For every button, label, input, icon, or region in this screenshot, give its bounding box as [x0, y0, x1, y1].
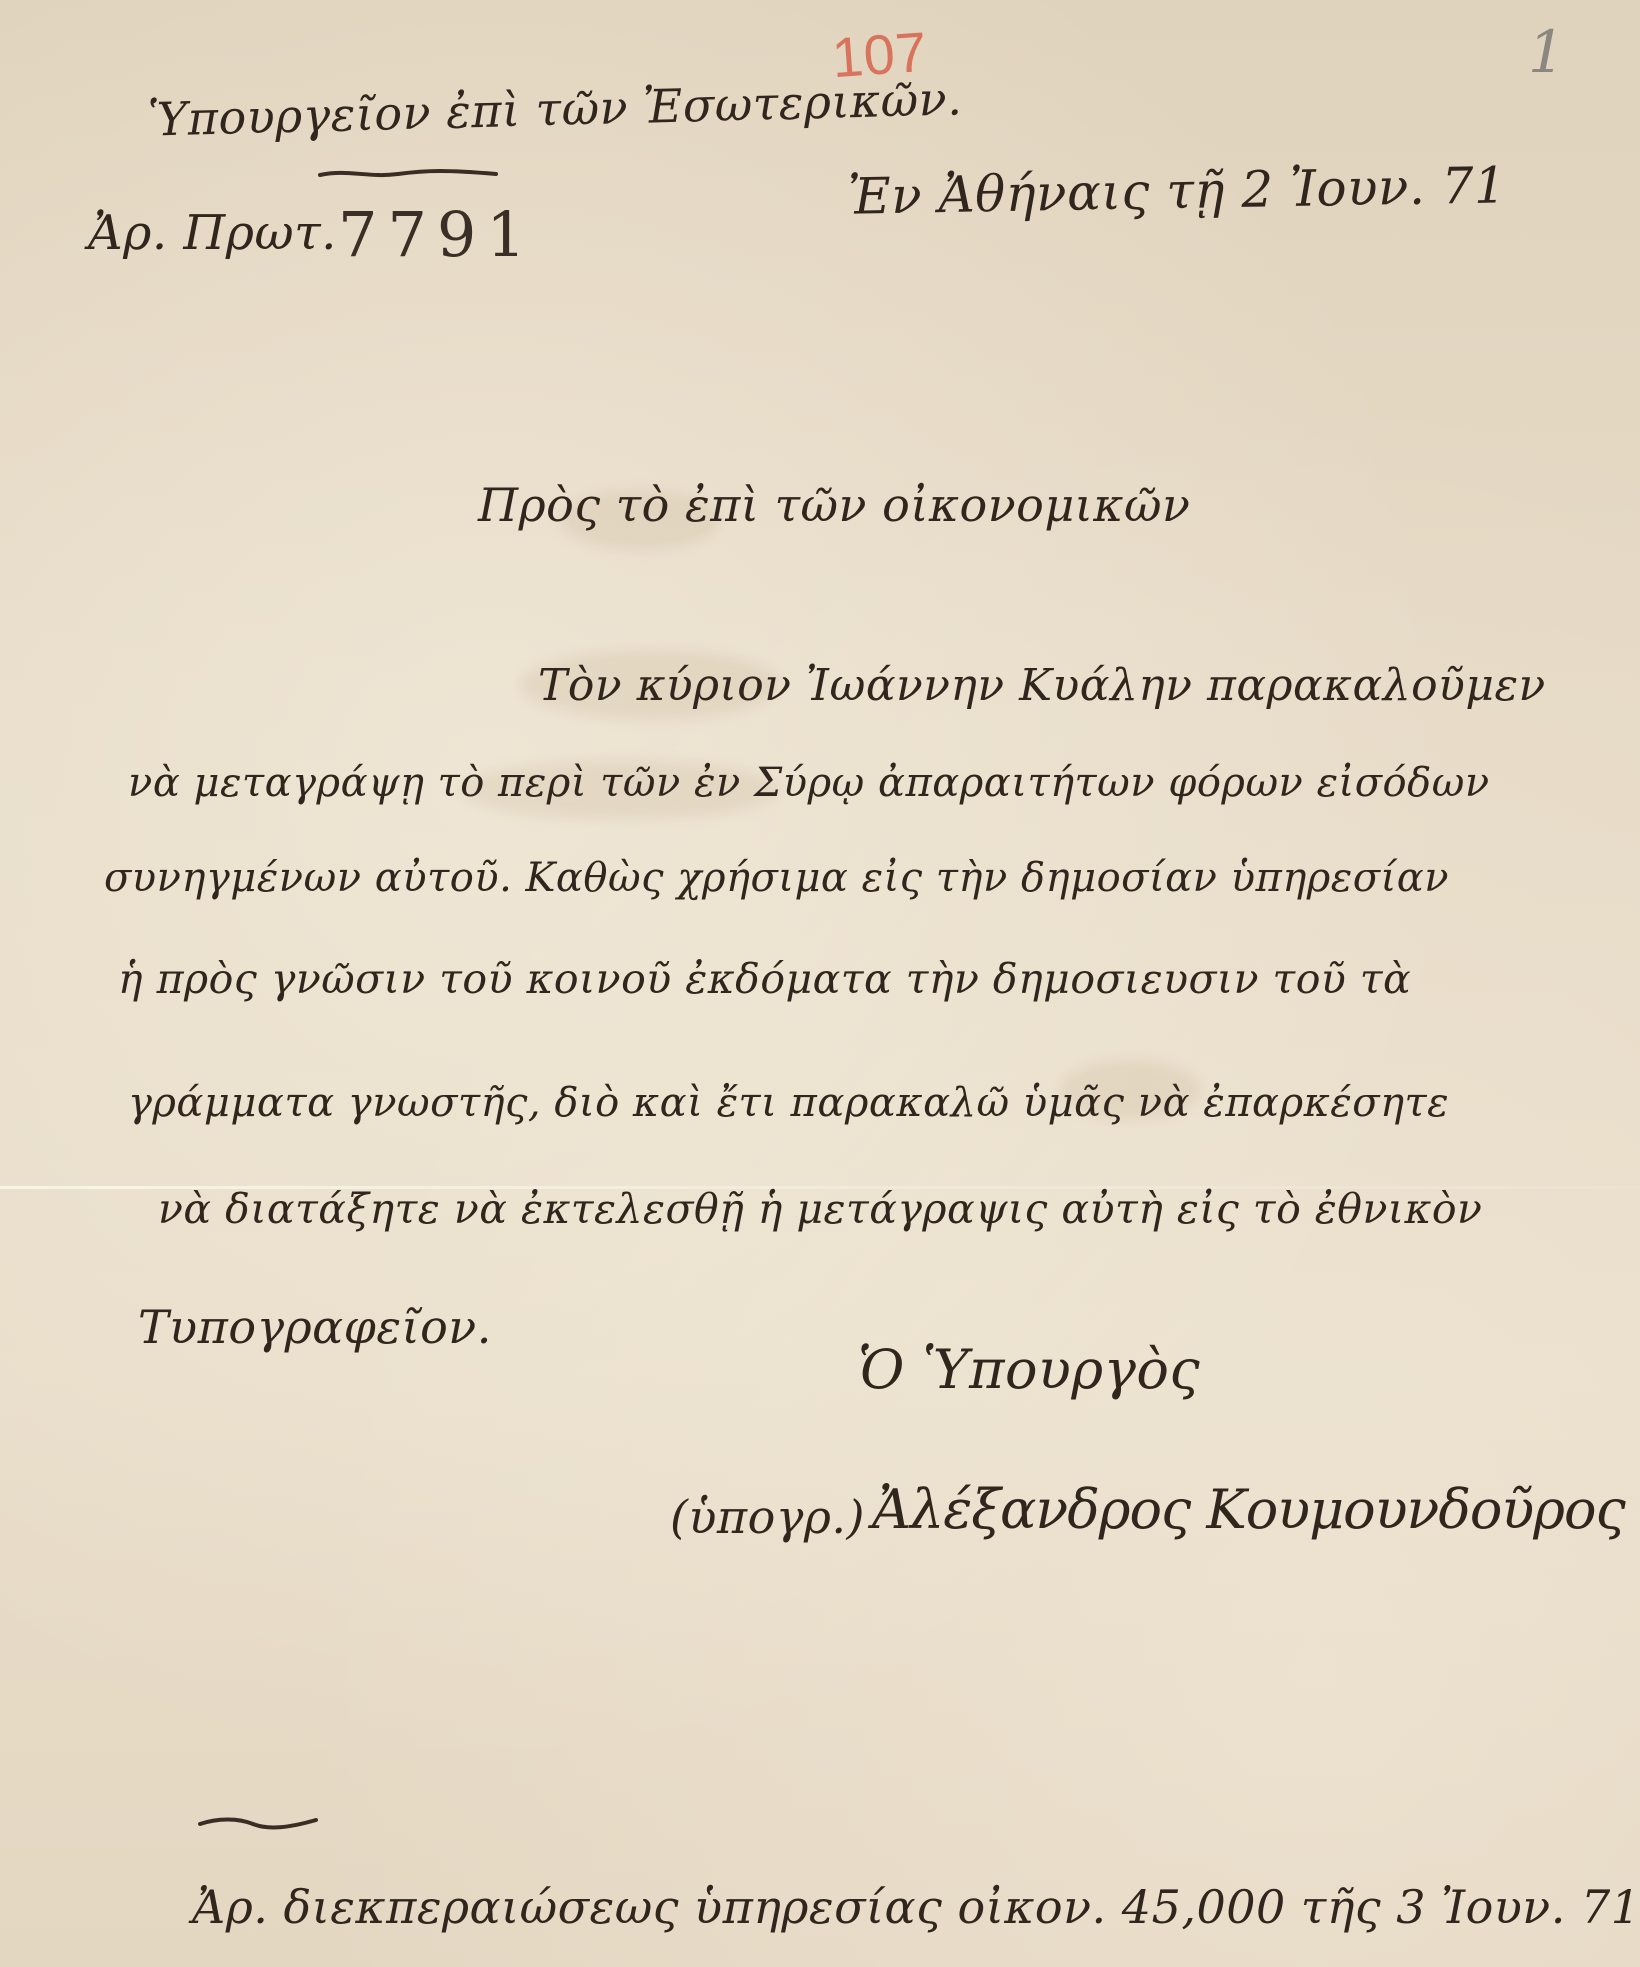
body-line: Τὸν κύριον Ἰωάννην Κυάλην παρακαλοῦμεν [538, 660, 1546, 711]
protocol-number: 7791 [338, 198, 536, 271]
separator-flourish [198, 1812, 318, 1832]
document-page: Ὑπουργεῖον ἐπὶ τῶν Ἐσωτερικῶν. Ἀρ. Πρωτ.… [0, 0, 1640, 1967]
pencil-folio-mark: 1 [1528, 18, 1565, 86]
body-line: συνηγμένων αὐτοῦ. Καθὼς χρήσιμα εἰς τὴν … [104, 855, 1449, 901]
signature: Ἀλέξανδρος Κουμουνδοῦρος [872, 1478, 1625, 1541]
addressee: Πρὸς τὸ ἐπὶ τῶν οἰκονομικῶν [478, 478, 1190, 532]
protocol-label: Ἀρ. Πρωτ. [88, 205, 337, 261]
closing-title: Ὁ Ὑπουργὸς [858, 1338, 1200, 1401]
archive-number-red: 107 [830, 19, 929, 90]
body-line: νὰ μεταγράψῃ τὸ περὶ τῶν ἐν Σύρῳ ἀπαραιτ… [128, 760, 1490, 806]
place-date: Ἐν Ἀθήναις τῇ 2 Ἰουν. 71 [848, 156, 1507, 225]
body-line: γράμματα γνωστῆς, διὸ καὶ ἔτι παρακαλῶ ὑ… [128, 1080, 1449, 1126]
body-line: ἡ πρὸς γνῶσιν τοῦ κοινοῦ ἐκδόματα τὴν δη… [118, 955, 1411, 1003]
body-line: νὰ διατάξητε νὰ ἐκτελεσθῇ ἡ μετάγραψις α… [158, 1185, 1482, 1233]
signed-label: (ὑπογρ.) [670, 1490, 865, 1544]
underline-flourish [318, 166, 498, 182]
footer-note: Ἀρ. διεκπεραιώσεως ὑπηρεσίας οἰκον. 45,0… [192, 1880, 1640, 1934]
body-line: Τυπογραφεῖον. [138, 1300, 492, 1354]
